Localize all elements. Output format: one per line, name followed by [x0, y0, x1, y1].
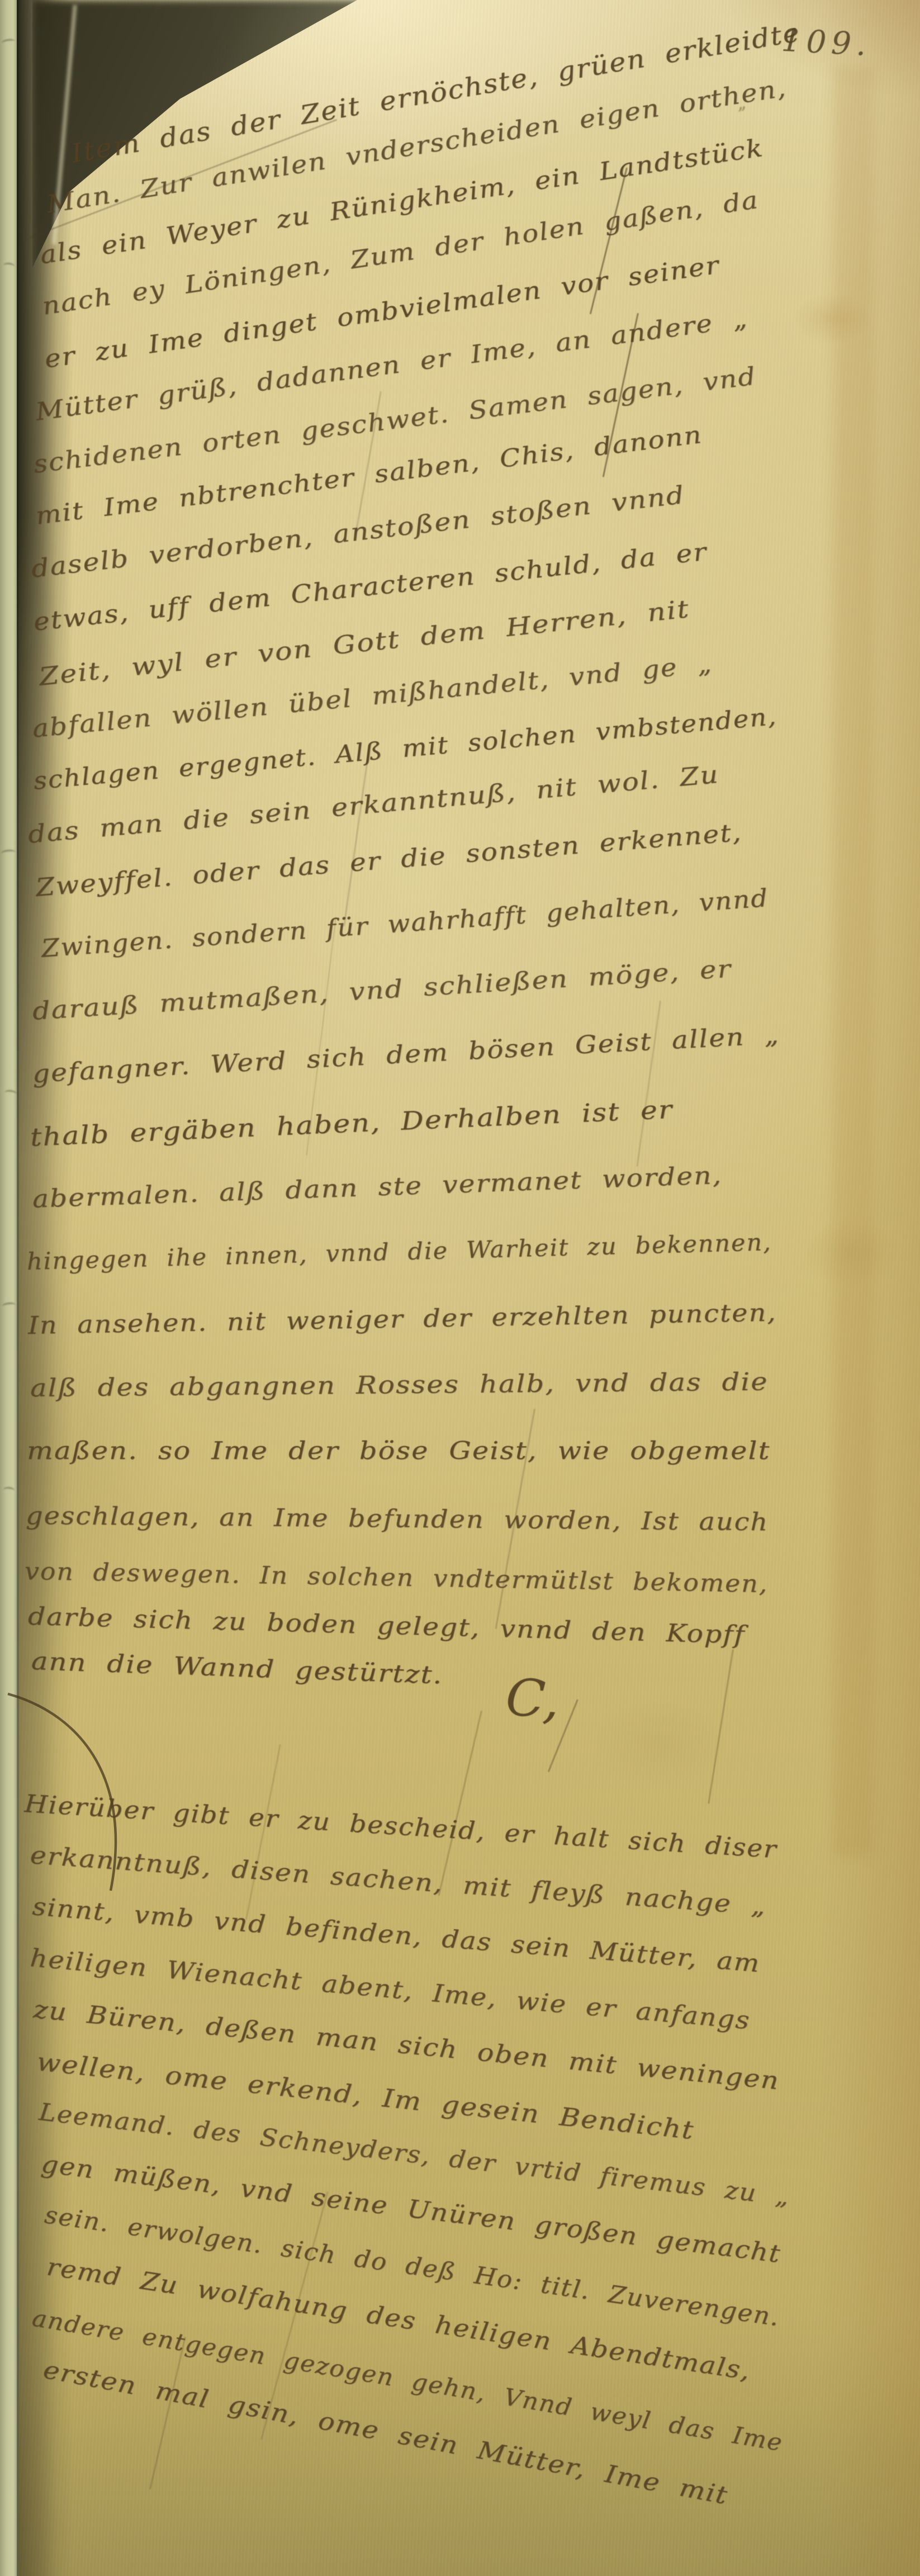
gutter-shadow	[17, 0, 73, 2576]
paragraph-end-mark: C,	[504, 1667, 562, 1730]
handwritten-line: geschlagen, an Ime befunden worden, Ist …	[26, 1504, 769, 1535]
handwritten-line: alß des abgangnen Rosses halb, vnd das d…	[30, 1370, 769, 1401]
page-curvature-shade	[834, 67, 873, 1856]
facing-page-edge	[0, 0, 19, 2576]
handwritten-line: maßen. so Ime der böse Geist, wie obgeme…	[27, 1439, 771, 1464]
manuscript-photo: 109. „ Item das der Zeit ernöchste, grüe…	[0, 0, 920, 2576]
